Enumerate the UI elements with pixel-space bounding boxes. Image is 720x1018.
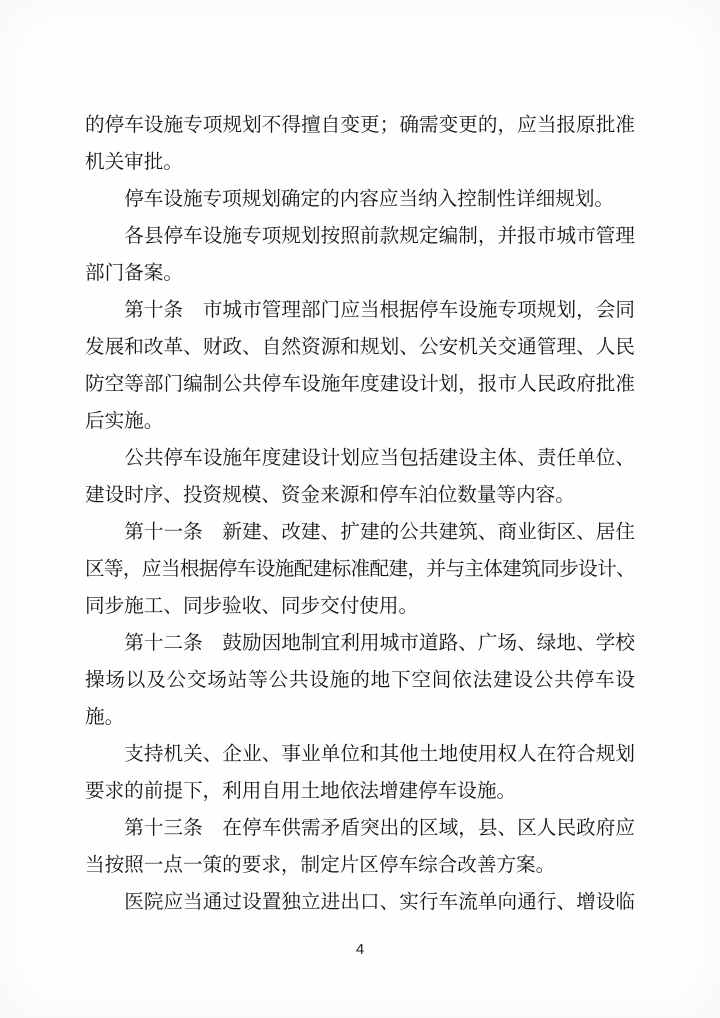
document-page: 的停车设施专项规划不得擅自变更；确需变更的，应当报原批准机关审批。停车设施专项规…: [0, 0, 720, 1018]
text-line: 第十一条 新建、改建、扩建的公共建筑、商业街区、居住: [85, 514, 635, 551]
document-body: 的停车设施专项规划不得擅自变更；确需变更的，应当报原批准机关审批。停车设施专项规…: [85, 107, 635, 921]
text-line: 操场以及公交场站等公共设施的地下空间依法建设公共停车设: [85, 662, 635, 699]
paragraph: 第十三条 在停车供需矛盾突出的区域，县、区人民政府应当按照一点一策的要求，制定片…: [85, 810, 635, 884]
paragraph: 医院应当通过设置独立进出口、实行车流单向通行、增设临: [85, 884, 635, 921]
text-line: 区等，应当根据停车设施配建标准配建，并与主体建筑同步设计、: [85, 551, 635, 588]
page-number: 4: [0, 941, 720, 959]
text-line: 支持机关、企业、事业单位和其他土地使用权人在符合规划: [85, 736, 635, 773]
text-line: 发展和改革、财政、自然资源和规划、公安机关交通管理、人民: [85, 329, 635, 366]
text-line: 各县停车设施专项规划按照前款规定编制，并报市城市管理: [85, 218, 635, 255]
text-line: 停车设施专项规划确定的内容应当纳入控制性详细规划。: [85, 181, 635, 218]
text-line: 部门备案。: [85, 255, 635, 292]
text-line: 的停车设施专项规划不得擅自变更；确需变更的，应当报原批准: [85, 107, 635, 144]
paragraph: 公共停车设施年度建设计划应当包括建设主体、责任单位、建设时序、投资规模、资金来源…: [85, 440, 635, 514]
paragraph: 的停车设施专项规划不得擅自变更；确需变更的，应当报原批准机关审批。: [85, 107, 635, 181]
paragraph: 第十一条 新建、改建、扩建的公共建筑、商业街区、居住区等，应当根据停车设施配建标…: [85, 514, 635, 625]
paragraph: 停车设施专项规划确定的内容应当纳入控制性详细规划。: [85, 181, 635, 218]
text-line: 防空等部门编制公共停车设施年度建设计划，报市人民政府批准: [85, 366, 635, 403]
text-line: 同步施工、同步验收、同步交付使用。: [85, 588, 635, 625]
text-line: 第十条 市城市管理部门应当根据停车设施专项规划，会同: [85, 292, 635, 329]
paragraph: 第十二条 鼓励因地制宜利用城市道路、广场、绿地、学校操场以及公交场站等公共设施的…: [85, 625, 635, 736]
text-line: 机关审批。: [85, 144, 635, 181]
text-line: 公共停车设施年度建设计划应当包括建设主体、责任单位、: [85, 440, 635, 477]
paragraph: 支持机关、企业、事业单位和其他土地使用权人在符合规划要求的前提下，利用自用土地依…: [85, 736, 635, 810]
text-line: 第十二条 鼓励因地制宜利用城市道路、广场、绿地、学校: [85, 625, 635, 662]
text-line: 建设时序、投资规模、资金来源和停车泊位数量等内容。: [85, 477, 635, 514]
text-line: 施。: [85, 699, 635, 736]
text-line: 要求的前提下，利用自用土地依法增建停车设施。: [85, 773, 635, 810]
text-line: 后实施。: [85, 403, 635, 440]
paragraph: 各县停车设施专项规划按照前款规定编制，并报市城市管理部门备案。: [85, 218, 635, 292]
text-line: 第十三条 在停车供需矛盾突出的区域，县、区人民政府应: [85, 810, 635, 847]
paragraph: 第十条 市城市管理部门应当根据停车设施专项规划，会同发展和改革、财政、自然资源和…: [85, 292, 635, 440]
text-line: 当按照一点一策的要求，制定片区停车综合改善方案。: [85, 847, 635, 884]
text-line: 医院应当通过设置独立进出口、实行车流单向通行、增设临: [85, 884, 635, 921]
